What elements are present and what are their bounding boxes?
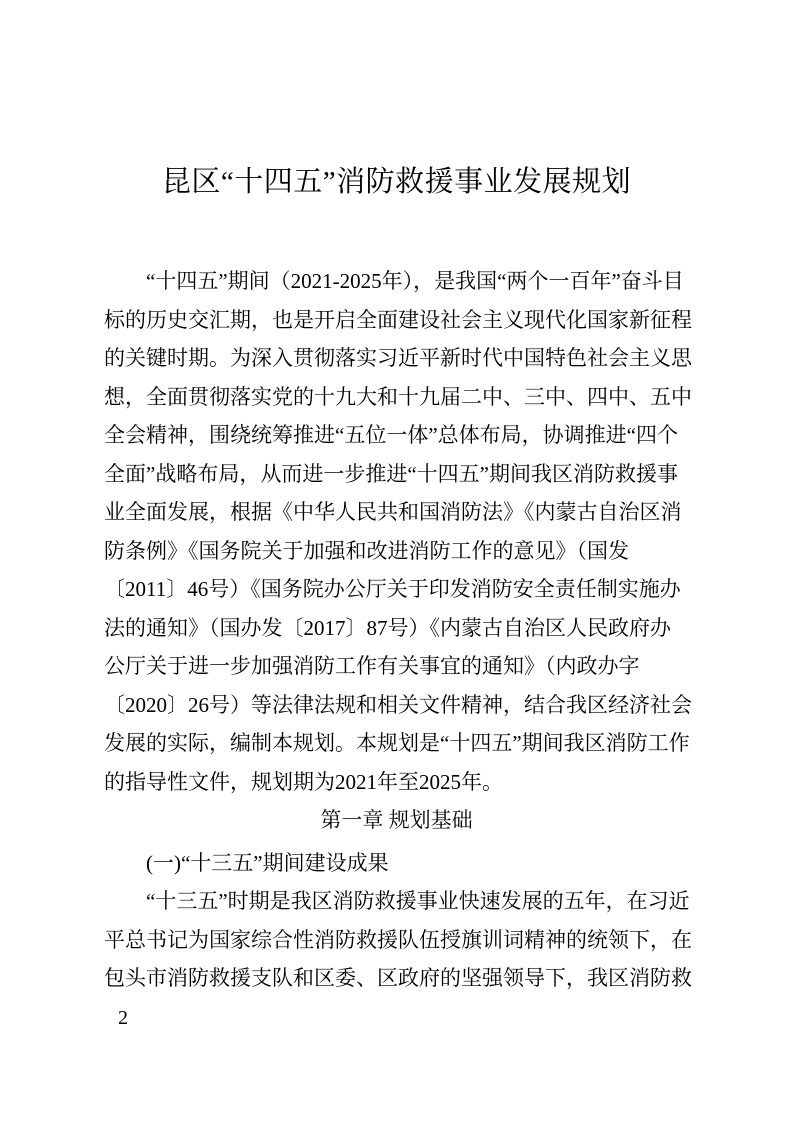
text-line: “十四五”期间（2021-2025年），是我国“两个一百年”奋斗目 [104,262,689,301]
text-line: 平总书记为国家综合性消防救援队伍授旗训词精神的统领下，在 [104,921,689,960]
text-line: 法的通知》（国办发〔2017〕87号）《内蒙古自治区人民政府办 [104,609,689,648]
text-line: 的指导性文件，规划期为2021年至2025年。 [104,763,689,802]
text-line: 的关键时期。为深入贯彻落实习近平新时代中国特色社会主义思 [104,339,689,378]
text-line: 〔2020〕26号）等法律法规和相关文件精神，结合我区经济社会 [104,686,689,725]
text-line: 全会精神，围绕统筹推进“五位一体”总体布局，协调推进“四个 [104,416,689,455]
text-line: 防条例》《国务院关于加强和改进消防工作的意见》（国发 [104,532,689,571]
text-line: “十三五”时期是我区消防救援事业快速发展的五年，在习近 [104,882,689,921]
text-line: 发展的实际，编制本规划。本规划是“十四五”期间我区消防工作 [104,724,689,763]
document-page: 昆区“十四五”消防救援事业发展规划 “十四五”期间（2021-2025年），是我… [0,0,793,1122]
chapter-heading: 第一章 规划基础 [104,801,689,840]
text-line: 标的历史交汇期，也是开启全面建设社会主义现代化国家新征程 [104,301,689,340]
text-line: 〔2011〕46号）《国务院办公厅关于印发消防安全责任制实施办 [104,570,689,609]
text-line: 想，全面贯彻落实党的十九大和十九届二中、三中、四中、五中 [104,378,689,417]
paragraph-intro: “十四五”期间（2021-2025年），是我国“两个一百年”奋斗目 标的历史交汇… [104,262,689,801]
paragraph-thirteenth-five: “十三五”时期是我区消防救援事业快速发展的五年，在习近 平总书记为国家综合性消防… [104,882,689,998]
text-line: 包头市消防救援支队和区委、区政府的坚强领导下，我区消防救 [104,959,689,998]
page-number: 2 [104,1006,689,1030]
text-line: 业全面发展，根据《中华人民共和国消防法》《内蒙古自治区消 [104,493,689,532]
document-title: 昆区“十四五”消防救援事业发展规划 [104,160,689,204]
text-line: 全面”战略布局，从而进一步推进“十四五”期间我区消防救援事 [104,455,689,494]
section-heading: (一)“十三五”期间建设成果 [104,844,689,883]
text-line: 公厅关于进一步加强消防工作有关事宜的通知》（内政办字 [104,647,689,686]
